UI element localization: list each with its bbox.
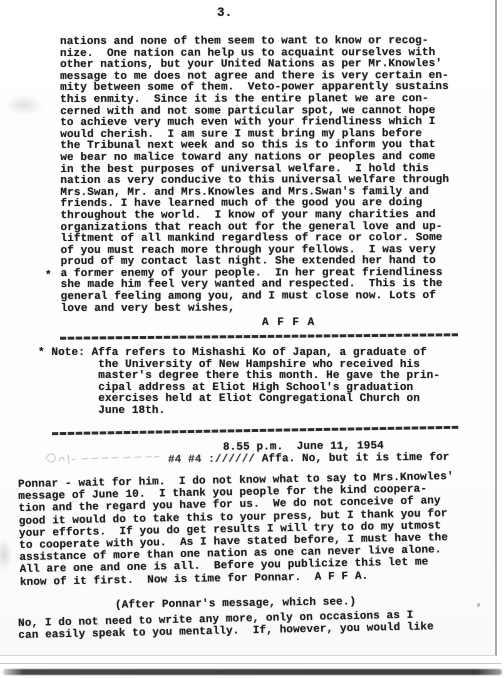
session-channel-line: #4 #4 :////// Affa. No, but it is time f… [168,451,450,465]
parenthetical-note: (After Ponnar's message, which see.) [115,596,356,611]
document-page: 3. nations and none of them seem to want… [0,0,497,656]
margin-asterisk-marker: * [45,270,52,282]
paper-smudge [0,538,12,572]
letter-body-text: nations and none of them seem to want to… [60,36,449,315]
text-line: * Note: Affa refers to Mishashi Ko of Ja… [38,348,440,360]
session-opening-text: Affa. No, but it is time for [255,451,449,465]
affa-signature: A F F A [262,317,315,329]
footnote-block: * Note: Affa refers to Mishashi Ko of Ja… [38,348,440,418]
session-body-text: Ponnar - wait for him. I do not know wha… [18,471,456,589]
text-line: June 18th. [38,406,440,418]
pencil-scribble [42,447,172,471]
photo-drop-shadow [3,669,502,675]
typed-strike-marks: #4 #4 :////// [168,453,255,466]
session-closing-text: No, I do not need to write any more, onl… [18,609,434,643]
dashed-separator-bottom [52,426,459,435]
text-line: love and very best wishes, [61,303,450,316]
frame-border-line [0,663,501,664]
text-line: general feeling among you, and I must cl… [61,291,450,304]
paper-smudge [4,94,44,116]
scanned-document-photo: 3. nations and none of them seem to want… [0,0,504,678]
ink-speck [476,603,480,608]
dashed-separator-top [60,333,458,339]
page-number: 3. [217,6,232,20]
